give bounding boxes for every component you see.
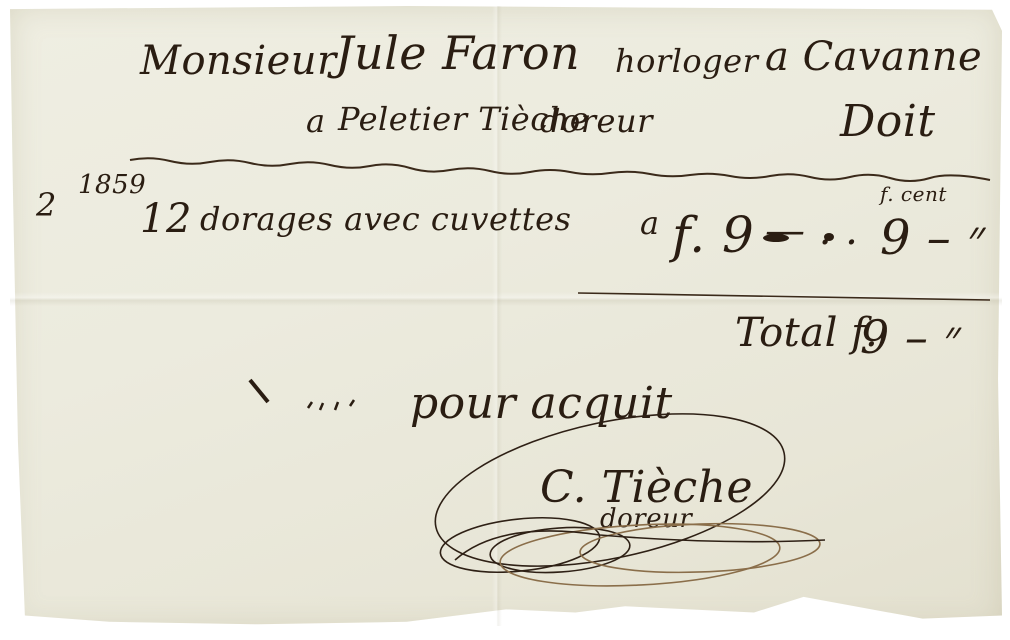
signature-title: doreur [600, 504, 692, 534]
entry-price-dashes: — . . [765, 208, 858, 254]
currency-header: f. cent [880, 182, 947, 206]
entry-description: dorages avec cuvettes [200, 200, 571, 238]
owes-label: Doit [840, 96, 936, 147]
entry-price-prefix: a [640, 204, 660, 242]
fold-crease-horizontal [10, 292, 1002, 306]
supplier-trade: doreur [540, 102, 653, 140]
fold-crease-vertical [492, 6, 502, 626]
total-label: Total f. [735, 310, 878, 356]
entry-day: 2 [36, 186, 57, 224]
total-amount: 9 – ״ [860, 310, 962, 364]
client-name: Jule Faron [335, 26, 580, 80]
entry-quantity: 12 [140, 196, 192, 242]
client-trade: horloger [615, 42, 758, 80]
acknowledgement: pour acquit [410, 378, 673, 429]
line2-prefix: a [306, 102, 326, 140]
entry-amount: 9 – ״ [880, 210, 986, 266]
entry-unit-price: f. 9 [672, 206, 754, 264]
entry-year: 1859 [78, 170, 146, 200]
salutation: Monsieur [140, 38, 337, 84]
client-location: a Cavanne [765, 34, 982, 80]
